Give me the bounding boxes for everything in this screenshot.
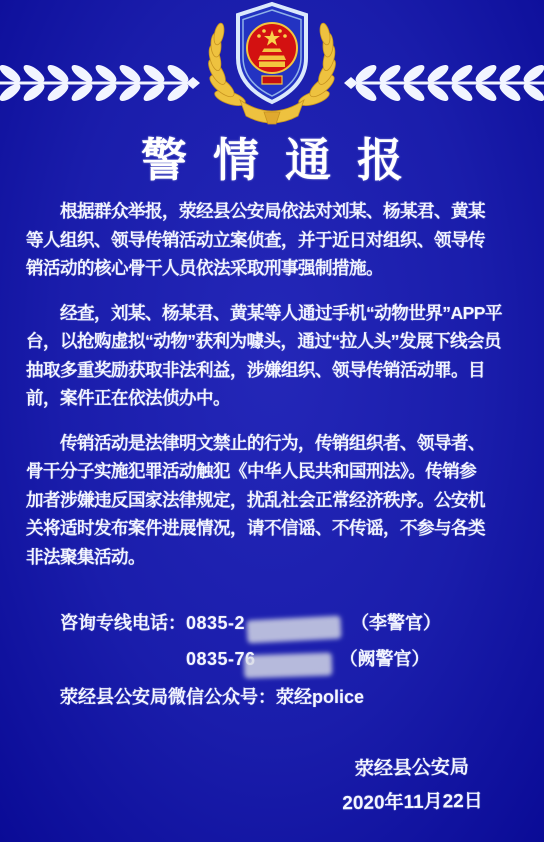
hotline-number-1: 0835-2 [186,613,245,633]
laurel-garland-left-icon [0,60,200,106]
hotline-line-1: 咨询专线电话：0835-2（李警官） [60,605,518,641]
redaction-patch-1 [247,615,342,643]
wechat-account-line: 荥经县公安局微信公众号：荥经police [60,679,518,715]
laurel-garland-right-icon [344,60,544,106]
contact-section: 咨询专线电话：0835-2（李警官） 0835-76（阙警官） 荥经县公安局微信… [26,605,518,715]
footer-signature: 荥经县公安局 2020年11月22日 [341,751,483,821]
redaction-patch-2 [243,652,332,678]
paragraph-2: 经查，刘某、杨某君、黄某等人通过手机“动物世界”APP平 台，以抢购虚拟“动物”… [26,299,518,413]
issuing-organization: 荥经县公安局 [341,751,482,787]
china-police-badge-icon [202,0,342,132]
officer-name-2: （阙警官） [340,649,430,669]
hotline-line-2: 0835-76（阙警官） [186,641,518,677]
hotline-label: 咨询专线电话： [60,613,186,633]
police-badge-emblem [202,0,342,132]
bulletin-title: 警情通报 [0,134,544,186]
paragraph-3: 传销活动是法律明文禁止的行为，传销组织者、领导者、 骨干分子实施犯罪活动触犯《中… [26,429,518,572]
bulletin-body: 根据群众举报，荥经县公安局依法对刘某、杨某君、黄某 等人组织、领导传销活动立案侦… [0,197,544,715]
bulletin-page: 警情通报 根据群众举报，荥经县公安局依法对刘某、杨某君、黄某 等人组织、领导传销… [0,0,544,842]
badge-ribbon [262,76,282,84]
officer-name-1: （李警官） [351,613,441,633]
paragraph-1: 根据群众举报，荥经县公安局依法对刘某、杨某君、黄某 等人组织、领导传销活动立案侦… [26,197,518,283]
issue-date: 2020年11月22日 [342,785,483,821]
